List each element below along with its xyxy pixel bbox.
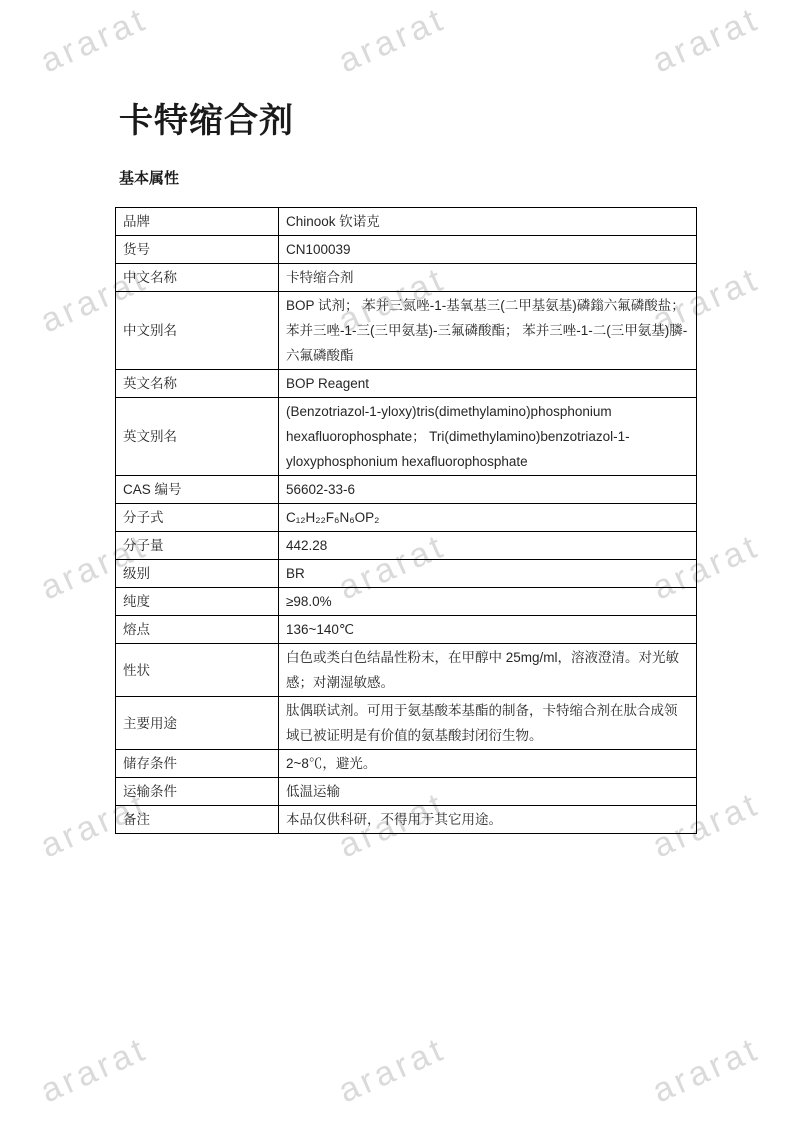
property-value: Chinook 钦诺克: [279, 208, 697, 236]
table-row: 品牌Chinook 钦诺克: [116, 208, 697, 236]
property-value: 56602-33-6: [279, 476, 697, 504]
property-value: (Benzotriazol-1-yloxy)tris(dimethylamino…: [279, 398, 697, 476]
property-label: 品牌: [116, 208, 279, 236]
table-row: 分子量442.28: [116, 532, 697, 560]
property-label: 主要用途: [116, 697, 279, 750]
table-row: 英文别名(Benzotriazol-1-yloxy)tris(dimethyla…: [116, 398, 697, 476]
table-row: 英文名称BOP Reagent: [116, 370, 697, 398]
property-label: 英文别名: [116, 398, 279, 476]
property-value: 136~140℃: [279, 616, 697, 644]
property-value: 卡特缩合剂: [279, 264, 697, 292]
table-row: 备注本品仅供科研，不得用于其它用途。: [116, 806, 697, 834]
table-row: 运输条件低温运输: [116, 778, 697, 806]
property-value: BOP 试剂； 苯并三氮唑-1-基氧基三(二甲基氨基)磷鎓六氟磷酸盐； 苯并三唑…: [279, 292, 697, 370]
table-row: 性状白色或类白色结晶性粉末，在甲醇中 25mg/ml，溶液澄清。对光敏感；对潮湿…: [116, 644, 697, 697]
table-row: 熔点136~140℃: [116, 616, 697, 644]
table-row: 主要用途肽偶联试剂。可用于氨基酸苯基酯的制备，卡特缩合剂在肽合成领域已被证明是有…: [116, 697, 697, 750]
section-heading: 基本属性: [119, 169, 680, 188]
property-label: 性状: [116, 644, 279, 697]
watermark-text: ararat: [333, 1030, 452, 1112]
table-row: 储存条件2~8℃，避光。: [116, 750, 697, 778]
property-label: 熔点: [116, 616, 279, 644]
watermark-text: ararat: [35, 1030, 154, 1112]
property-label: 级别: [116, 560, 279, 588]
watermark-text: ararat: [647, 1030, 766, 1112]
table-row: 中文别名BOP 试剂； 苯并三氮唑-1-基氧基三(二甲基氨基)磷鎓六氟磷酸盐； …: [116, 292, 697, 370]
table-row: 中文名称卡特缩合剂: [116, 264, 697, 292]
property-label: 分子式: [116, 504, 279, 532]
property-value: BR: [279, 560, 697, 588]
property-label: 分子量: [116, 532, 279, 560]
property-label: 储存条件: [116, 750, 279, 778]
property-value: C₁₂H₂₂F₆N₆OP₂: [279, 504, 697, 532]
property-value: 肽偶联试剂。可用于氨基酸苯基酯的制备，卡特缩合剂在肽合成领域已被证明是有价值的氨…: [279, 697, 697, 750]
property-value: 本品仅供科研，不得用于其它用途。: [279, 806, 697, 834]
property-value: CN100039: [279, 236, 697, 264]
property-label: CAS 编号: [116, 476, 279, 504]
table-row: 纯度≥98.0%: [116, 588, 697, 616]
document-content: 卡特缩合剂 基本属性 品牌Chinook 钦诺克货号CN100039中文名称卡特…: [115, 0, 680, 834]
property-value: 442.28: [279, 532, 697, 560]
property-value: ≥98.0%: [279, 588, 697, 616]
table-row: CAS 编号56602-33-6: [116, 476, 697, 504]
property-value: 低温运输: [279, 778, 697, 806]
property-label: 货号: [116, 236, 279, 264]
property-label: 中文名称: [116, 264, 279, 292]
property-value: 白色或类白色结晶性粉末，在甲醇中 25mg/ml，溶液澄清。对光敏感；对潮湿敏感…: [279, 644, 697, 697]
property-label: 备注: [116, 806, 279, 834]
page-title: 卡特缩合剂: [119, 99, 680, 143]
table-row: 分子式C₁₂H₂₂F₆N₆OP₂: [116, 504, 697, 532]
property-label: 英文名称: [116, 370, 279, 398]
property-value: BOP Reagent: [279, 370, 697, 398]
table-row: 级别BR: [116, 560, 697, 588]
properties-table: 品牌Chinook 钦诺克货号CN100039中文名称卡特缩合剂中文别名BOP …: [115, 207, 697, 834]
property-label: 运输条件: [116, 778, 279, 806]
document-page: araratararatararatararatararatararatarar…: [0, 0, 793, 1122]
property-label: 中文别名: [116, 292, 279, 370]
property-label: 纯度: [116, 588, 279, 616]
table-row: 货号CN100039: [116, 236, 697, 264]
property-value: 2~8℃，避光。: [279, 750, 697, 778]
